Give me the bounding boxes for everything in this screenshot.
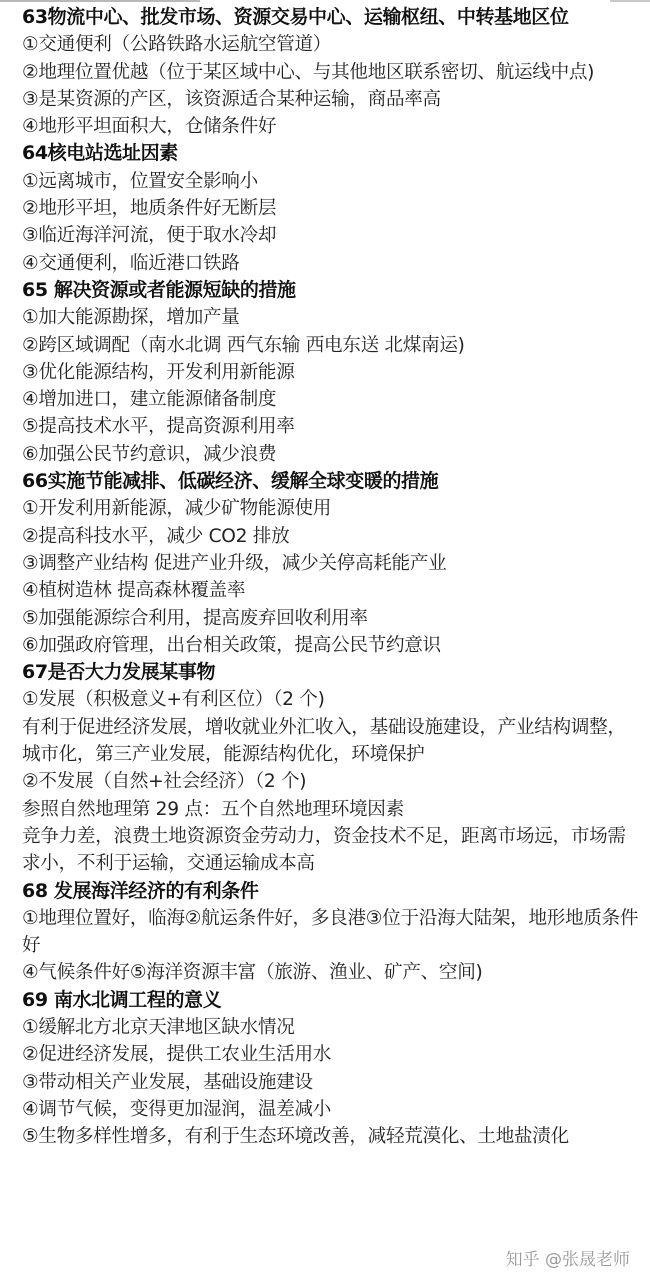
list-item: ⑤生物多样性增多，有利于生态环境改善，减轻荒漠化、土地盐渍化 (22, 1123, 642, 1150)
list-item: ⑥加强政府管理，出台相关政策，提高公民节约意识 (22, 632, 642, 659)
list-item: ④气候条件好⑤海洋资源丰富（旅游、渔业、矿产、空间) (22, 959, 642, 986)
section-heading: 66实施节能减排、低碳经济、缓解全球变暖的措施 (22, 468, 642, 495)
list-item: ②不发展（自然+社会经济）（2 个) (22, 768, 642, 795)
section-68: 68 发展海洋经济的有利条件 ①地理位置好，临海②航运条件好，多良港③位于沿海大… (22, 878, 642, 987)
list-item: ②提高科技水平，减少 CO2 排放 (22, 523, 642, 550)
list-item: ⑥加强公民节约意识，减少浪费 (22, 441, 642, 468)
list-item: ②跨区域调配（南水北调 西气东输 西电东送 北煤南运) (22, 332, 642, 359)
list-item: ③带动相关产业发展，基础设施建设 (22, 1069, 642, 1096)
list-item: ②促进经济发展，提供工农业生活用水 (22, 1041, 642, 1068)
section-heading: 67是否大力发展某事物 (22, 659, 642, 686)
watermark: 知乎 @张晟老师 (506, 1245, 630, 1270)
list-item: ①发展（积极意义+有利区位）（2 个) (22, 686, 642, 713)
list-item: ①缓解北方北京天津地区缺水情况 (22, 1014, 642, 1041)
section-heading: 68 发展海洋经济的有利条件 (22, 878, 642, 905)
list-item: ③优化能源结构，开发利用新能源 (22, 359, 642, 386)
list-item: ④交通便利，临近港口铁路 (22, 250, 642, 277)
section-67: 67是否大力发展某事物 ①发展（积极意义+有利区位）（2 个) 有利于促进经济发… (22, 659, 642, 877)
section-66: 66实施节能减排、低碳经济、缓解全球变暖的措施 ①开发利用新能源，减少矿物能源使… (22, 468, 642, 659)
list-item: 有利于促进经济发展，增收就业外汇收入，基础设施建设，产业结构调整，城市化，第三产… (22, 714, 642, 769)
list-item: ③调整产业结构 促进产业升级，减少关停高耗能产业 (22, 550, 642, 577)
list-item: ①加大能源勘探，增加产量 (22, 304, 642, 331)
list-item: 参照自然地理第 29 点：五个自然地理环境因素 (22, 796, 642, 823)
section-heading: 69 南水北调工程的意义 (22, 987, 642, 1014)
section-heading: 65 解决资源或者能源短缺的措施 (22, 277, 642, 304)
list-item: ④调节气候，变得更加湿润，温差减小 (22, 1096, 642, 1123)
list-item: 竞争力差，浪费土地资源资金劳动力，资金技术不足，距离市场远，市场需求小，不利于运… (22, 823, 642, 878)
top-edge-divider (0, 0, 650, 3)
list-item: ④植树造林 提高森林覆盖率 (22, 577, 642, 604)
document-body: 63物流中心、批发市场、资源交易中心、运输枢纽、中转基地区位 ①交通便利（公路铁… (22, 4, 642, 1150)
list-item: ②地理位置优越（位于某区域中心、与其他地区联系密切、航运线中点) (22, 59, 642, 86)
section-heading: 64核电站选址因素 (22, 140, 642, 167)
list-item: ①地理位置好，临海②航运条件好，多良港③位于沿海大陆架，地形地质条件好 (22, 905, 642, 960)
section-64: 64核电站选址因素 ①远离城市，位置安全影响小 ②地形平坦，地质条件好无断层 ③… (22, 140, 642, 276)
list-item: ①开发利用新能源，减少矿物能源使用 (22, 495, 642, 522)
list-item: ④增加进口，建立能源储备制度 (22, 386, 642, 413)
section-69: 69 南水北调工程的意义 ①缓解北方北京天津地区缺水情况 ②促进经济发展，提供工… (22, 987, 642, 1151)
list-item: ⑤提高技术水平，提高资源利用率 (22, 413, 642, 440)
list-item: ②地形平坦，地质条件好无断层 (22, 195, 642, 222)
list-item: ①远离城市，位置安全影响小 (22, 168, 642, 195)
list-item: ④地形平坦面积大，仓储条件好 (22, 113, 642, 140)
list-item: ③是某资源的产区，该资源适合某种运输，商品率高 (22, 86, 642, 113)
top-edge-divider-right (610, 0, 650, 2)
list-item: ⑤加强能源综合利用，提高废弃回收利用率 (22, 605, 642, 632)
section-heading: 63物流中心、批发市场、资源交易中心、运输枢纽、中转基地区位 (22, 4, 642, 31)
list-item: ①交通便利（公路铁路水运航空管道） (22, 31, 642, 58)
list-item: ③临近海洋河流，便于取水冷却 (22, 222, 642, 249)
section-65: 65 解决资源或者能源短缺的措施 ①加大能源勘探，增加产量 ②跨区域调配（南水北… (22, 277, 642, 468)
section-63: 63物流中心、批发市场、资源交易中心、运输枢纽、中转基地区位 ①交通便利（公路铁… (22, 4, 642, 140)
top-edge-divider-left (0, 0, 200, 2)
